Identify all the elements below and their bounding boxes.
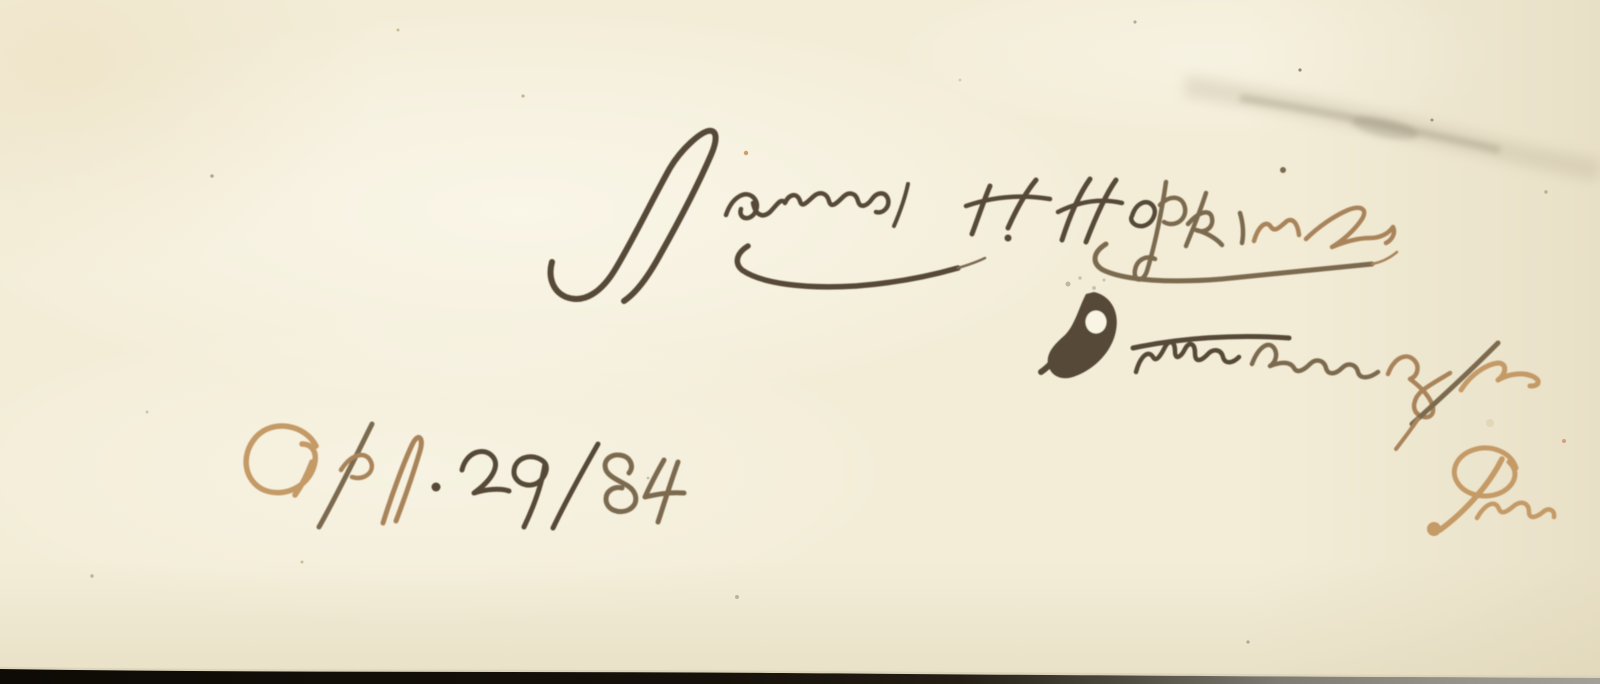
autograph-canvas	[0, 0, 1600, 684]
autograph-scan	[0, 0, 1600, 684]
ink-void	[1086, 311, 1107, 334]
ink-dot	[1280, 167, 1286, 173]
ink-dot	[1005, 235, 1012, 242]
ink-dot	[432, 483, 441, 492]
paper-lighting	[0, 0, 1600, 684]
ink-blob	[1427, 522, 1441, 536]
